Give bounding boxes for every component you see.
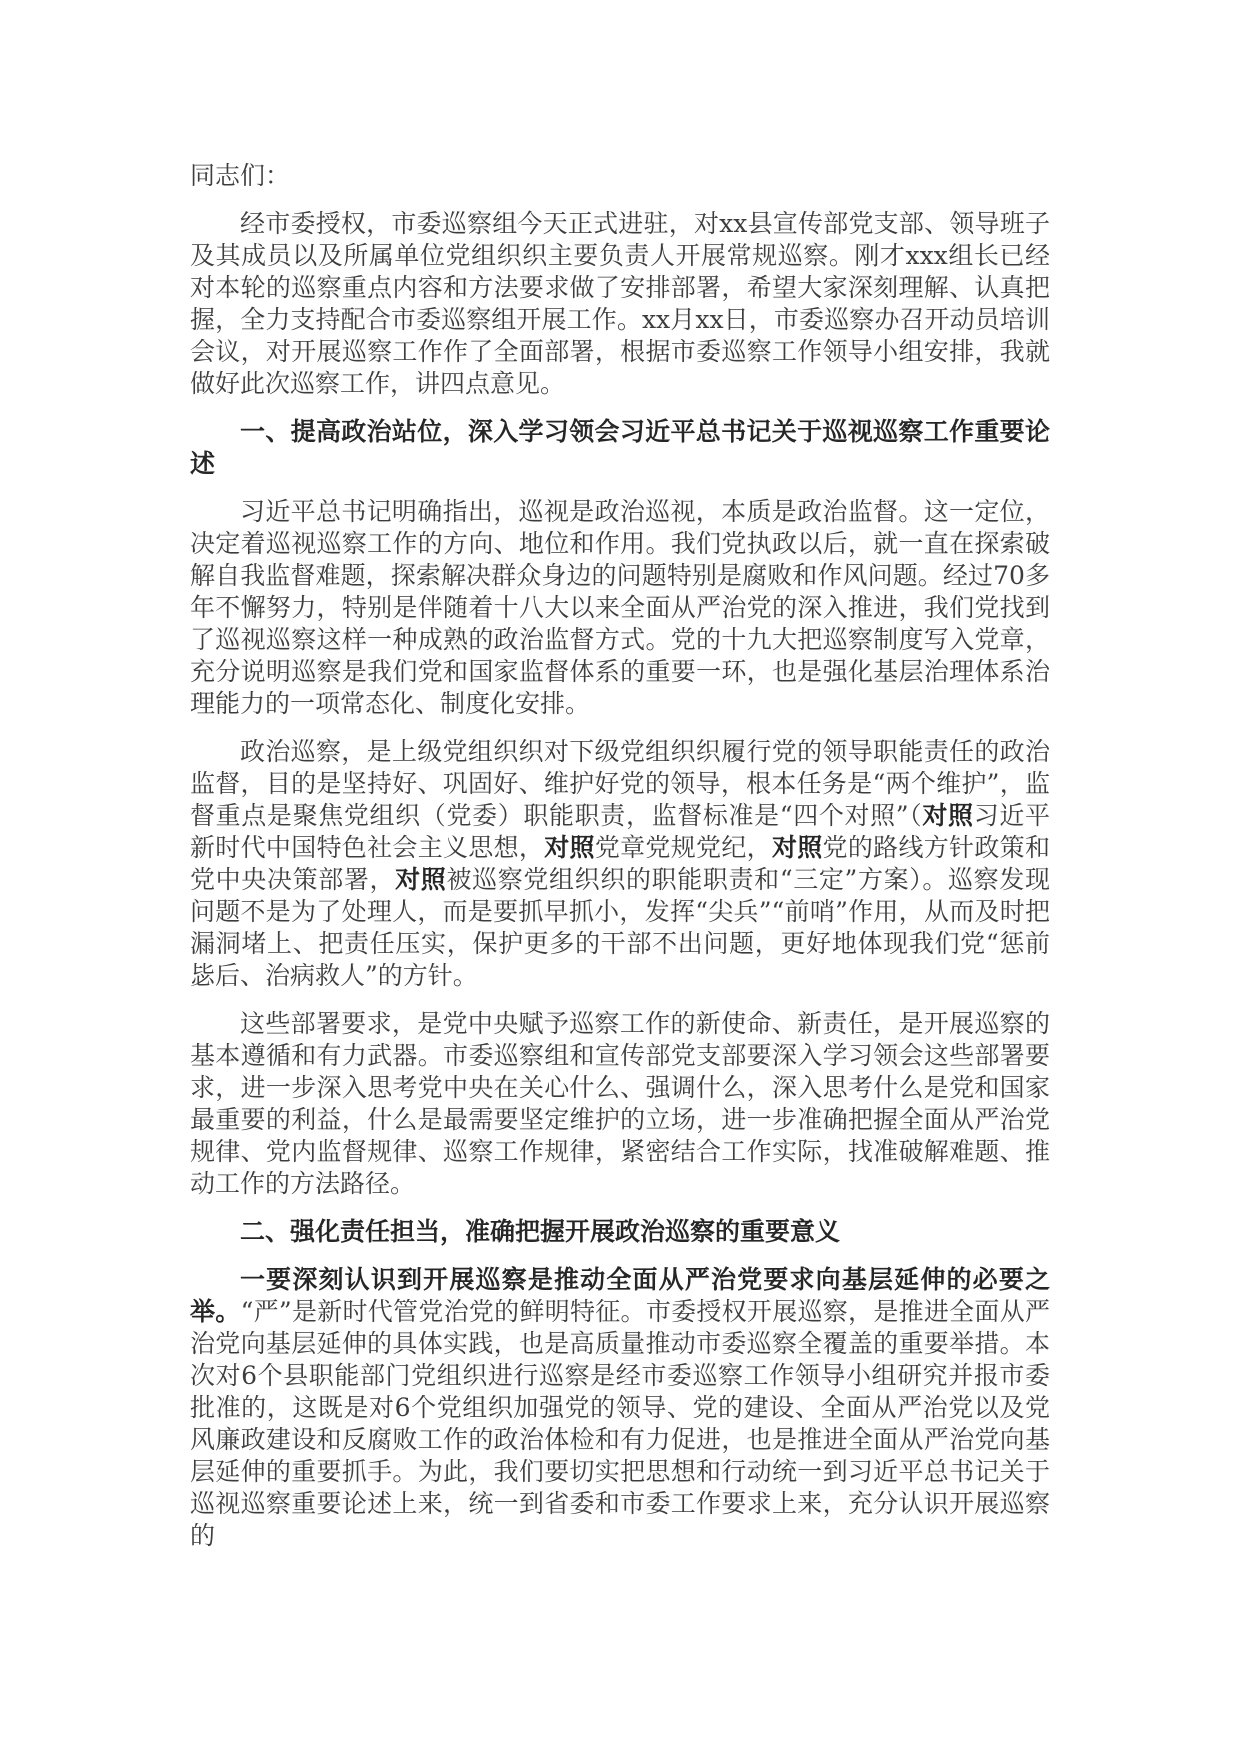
text-run-4-5: 党章党规党纪， [595, 833, 772, 862]
heading-2: 一、提高政治站位，深入学习领会习近平总书记关于巡视巡察工作重要论述 [190, 416, 1050, 480]
paragraph-4: 政治巡察，是上级党组织织对下级党组织织履行党的领导职能责任的政治监督，目的是坚持… [190, 736, 1050, 992]
paragraph-1: 经市委授权，市委巡察组今天正式进驻，对xx县宣传部党支部、领导班子及其成员以及所… [190, 208, 1050, 400]
bold-text-run-2-1: 一、提高政治站位，深入学习领会习近平总书记关于巡视巡察工作重要论述 [190, 417, 1050, 478]
document-page: 同志们： 经市委授权，市委巡察组今天正式进驻，对xx县宣传部党支部、领导班子及其… [0, 0, 1240, 1754]
bold-text-run-4-4: 对照 [544, 833, 595, 862]
paragraph-3: 习近平总书记明确指出，巡视是政治巡视，本质是政治监督。这一定位，决定着巡视巡察工… [190, 496, 1050, 720]
paragraph-7: 一要深刻认识到开展巡察是推动全面从严治党要求向基层延伸的必要之举。“严”是新时代… [190, 1264, 1050, 1552]
bold-text-run-4-6: 对照 [772, 833, 823, 862]
text-run-5-1: 这些部署要求，是党中央赋予巡察工作的新使命、新责任，是开展巡察的基本遵循和有力武… [190, 1009, 1050, 1198]
text-run-1-1: 经市委授权，市委巡察组今天正式进驻，对xx县宣传部党支部、领导班子及其成员以及所… [190, 209, 1050, 398]
text-run-4-1: 政治巡察，是上级党组织织对下级党组织织履行党的领导职能责任的政治监督，目的是坚持… [190, 737, 1050, 830]
bold-text-run-4-8: 对照 [395, 865, 446, 894]
text-run-7-2: “严”是新时代管党治党的鲜明特征。市委授权开展巡察，是推进全面从严治党向基层延伸… [190, 1297, 1050, 1550]
paragraph-5: 这些部署要求，是党中央赋予巡察工作的新使命、新责任，是开展巡察的基本遵循和有力武… [190, 1008, 1050, 1200]
bold-text-run-4-2: 对照 [922, 801, 973, 830]
heading-6: 二、强化责任担当，准确把握开展政治巡察的重要意义 [190, 1216, 1050, 1248]
salutation: 同志们： [190, 160, 1050, 192]
text-run-3-1: 习近平总书记明确指出，巡视是政治巡视，本质是政治监督。这一定位，决定着巡视巡察工… [190, 497, 1050, 718]
document-body: 经市委授权，市委巡察组今天正式进驻，对xx县宣传部党支部、领导班子及其成员以及所… [190, 208, 1050, 1552]
bold-text-run-6-1: 二、强化责任担当，准确把握开展政治巡察的重要意义 [240, 1217, 840, 1246]
